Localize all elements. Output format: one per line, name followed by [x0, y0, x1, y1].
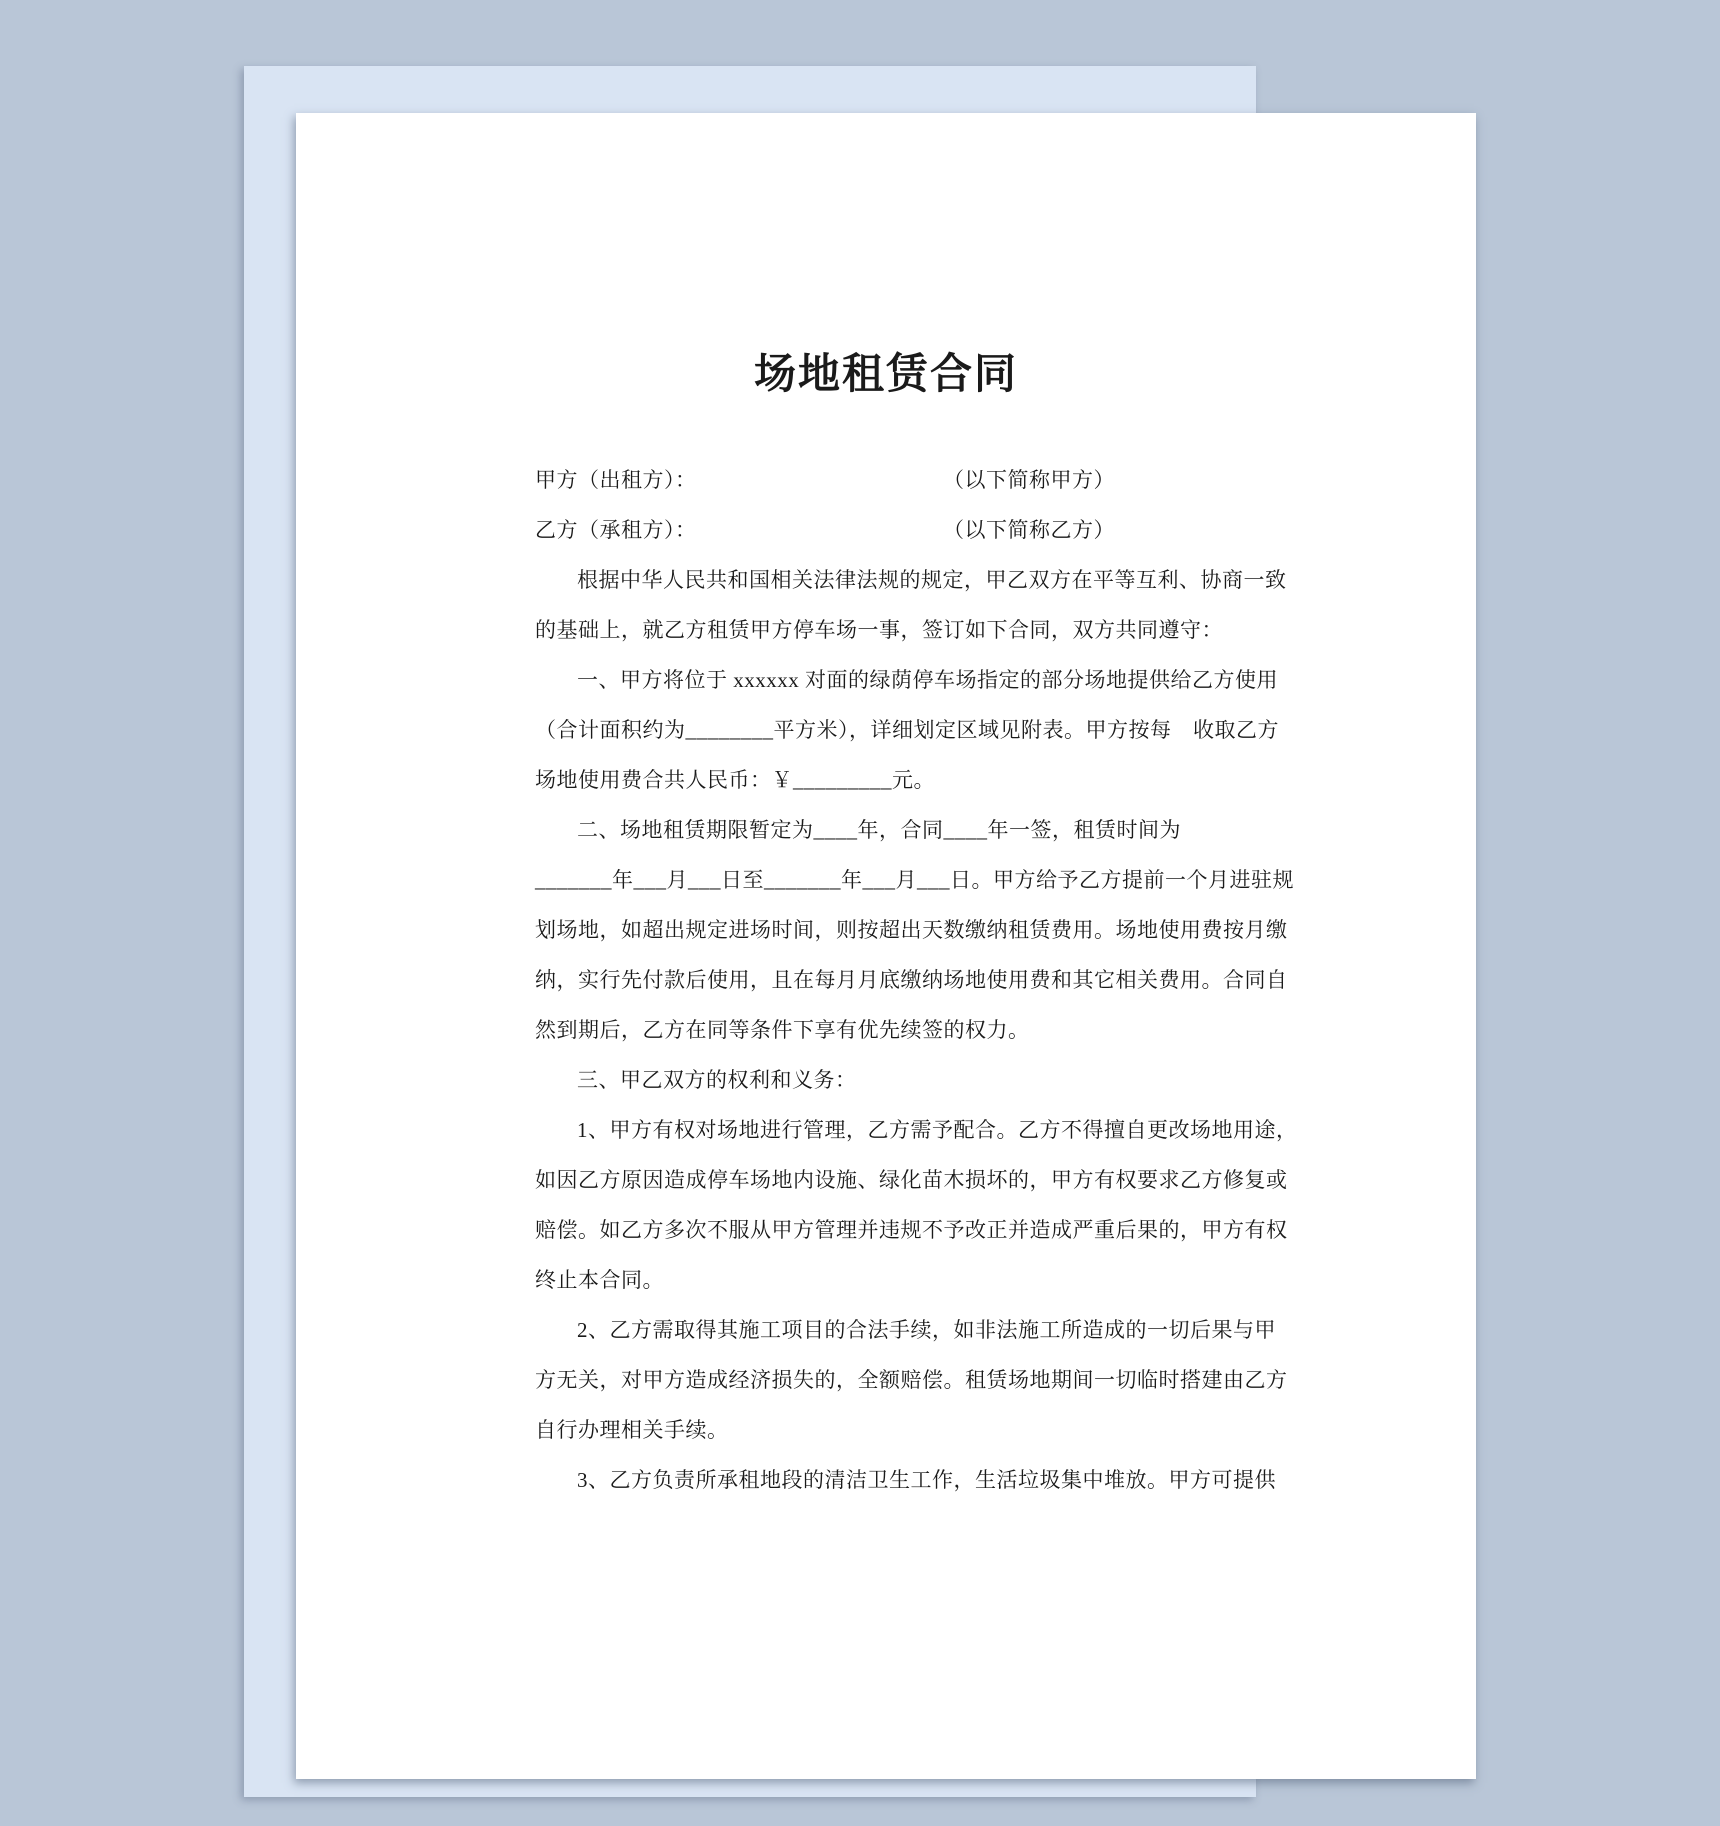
contract-page: 场地租赁合同 甲方（出租方）：（以下简称甲方）乙方（承租方）：（以下简称乙方）根… — [296, 113, 1476, 1779]
document-line: 终止本合同。 — [535, 1255, 1277, 1305]
document-line: 乙方（承租方）：（以下简称乙方） — [535, 505, 1277, 555]
document-line: 三、甲乙双方的权利和义务： — [535, 1055, 1277, 1105]
document-line: （合计面积约为________平方米），详细划定区域见附表。甲方按每 收取乙方 — [535, 705, 1277, 755]
party-label: 乙方（承租方）： — [535, 518, 697, 542]
document-line: 二、场地租赁期限暂定为____年，合同____年一签，租赁时间为 — [535, 805, 1277, 855]
document-body: 甲方（出租方）：（以下简称甲方）乙方（承租方）：（以下简称乙方）根据中华人民共和… — [535, 455, 1277, 1505]
document-line: 2、乙方需取得其施工项目的合法手续，如非法施工所造成的一切后果与甲 — [535, 1305, 1277, 1355]
document-line: 根据中华人民共和国相关法律法规的规定，甲乙双方在平等互利、协商一致 — [535, 555, 1277, 605]
document-line: 甲方（出租方）：（以下简称甲方） — [535, 455, 1277, 505]
document-line: 划场地，如超出规定进场时间，则按超出天数缴纳租赁费用。场地使用费按月缴 — [535, 905, 1277, 955]
document-line: 赔偿。如乙方多次不服从甲方管理并违规不予改正并造成严重后果的，甲方有权 — [535, 1205, 1277, 1255]
document-line: 然到期后，乙方在同等条件下享有优先续签的权力。 — [535, 1005, 1277, 1055]
document-line: 纳，实行先付款后使用，且在每月月底缴纳场地使用费和其它相关费用。合同自 — [535, 955, 1277, 1005]
document-line: 方无关，对甲方造成经济损失的，全额赔偿。租赁场地期间一切临时搭建由乙方 — [535, 1355, 1277, 1405]
document-line: 一、甲方将位于 xxxxxx 对面的绿荫停车场指定的部分场地提供给乙方使用 — [535, 655, 1277, 705]
document-line: _______年___月___日至_______年___月___日。甲方给予乙方… — [535, 855, 1277, 905]
document-title: 场地租赁合同 — [296, 341, 1476, 401]
document-line: 的基础上，就乙方租赁甲方停车场一事，签订如下合同，双方共同遵守： — [535, 605, 1277, 655]
party-shortname: （以下简称乙方） — [943, 505, 1115, 555]
party-label: 甲方（出租方）： — [535, 468, 697, 492]
document-line: 场地使用费合共人民币：￥_________元。 — [535, 755, 1277, 805]
document-line: 1、甲方有权对场地进行管理，乙方需予配合。乙方不得擅自更改场地用途， — [535, 1105, 1277, 1155]
canvas: { "colors":{ "bg":"#b9c6d7", "back_page"… — [0, 0, 1720, 1826]
document-line: 3、乙方负责所承租地段的清洁卫生工作，生活垃圾集中堆放。甲方可提供 — [535, 1455, 1277, 1505]
document-line: 如因乙方原因造成停车场地内设施、绿化苗木损坏的，甲方有权要求乙方修复或 — [535, 1155, 1277, 1205]
party-shortname: （以下简称甲方） — [943, 455, 1115, 505]
document-line: 自行办理相关手续。 — [535, 1405, 1277, 1455]
